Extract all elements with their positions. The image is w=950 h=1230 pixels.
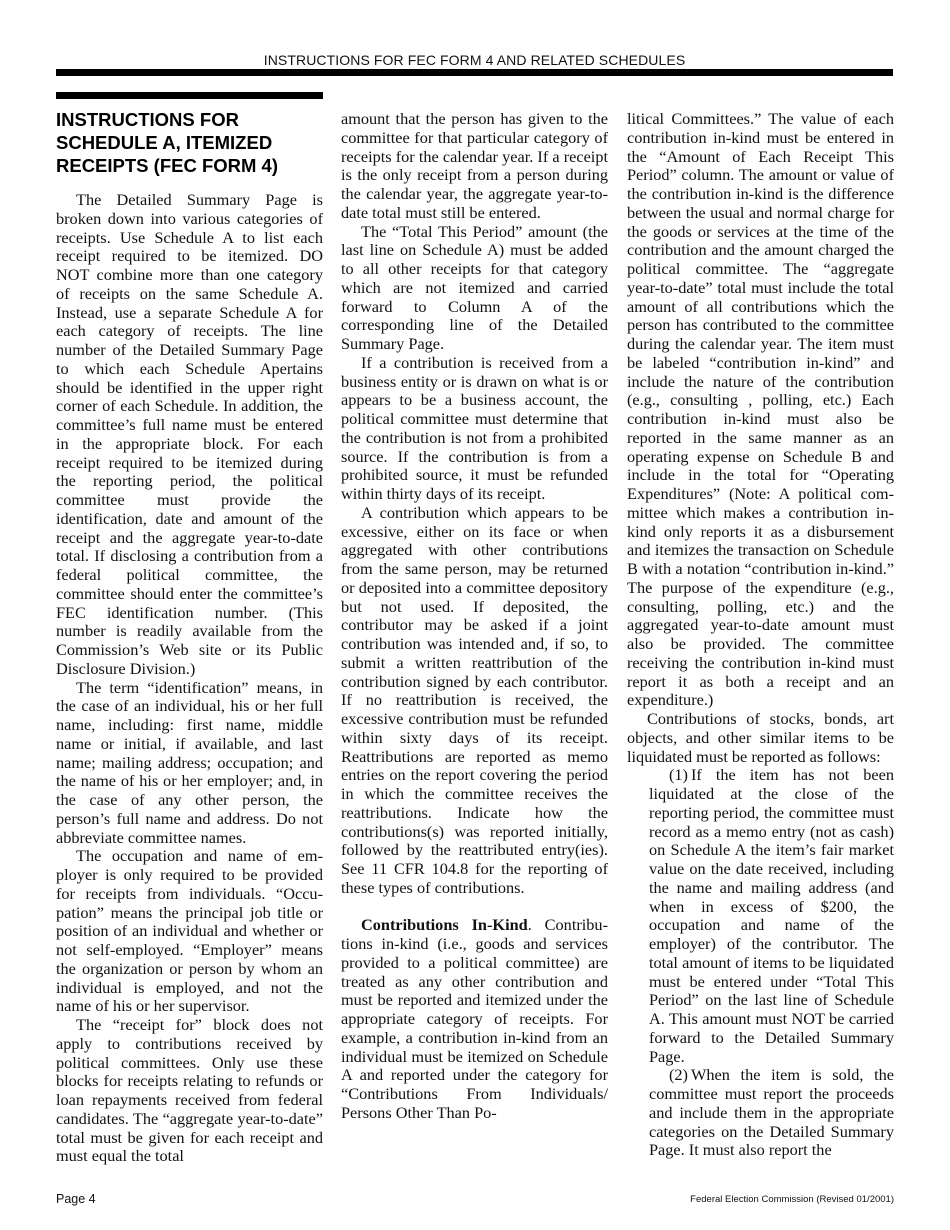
list-number: (2) xyxy=(669,1066,691,1085)
revision-note: Federal Election Commission (Revised 01/… xyxy=(690,1194,894,1205)
section-rule xyxy=(56,92,323,99)
paragraph: amount that the person has given to the … xyxy=(341,110,608,223)
paragraph: The “Total This Period” amount (the last… xyxy=(341,223,608,354)
paragraph: Contributions of stocks, bonds, art obje… xyxy=(627,710,894,766)
list-item: (1)If the item has not been liquidated a… xyxy=(627,766,894,1066)
paragraph: The “receipt for” block does not apply t… xyxy=(56,1016,323,1166)
column-3: litical Committees.” The value of each c… xyxy=(627,110,894,1160)
in-kind-text: . Contribu­tions in-kind (i.e., goods an… xyxy=(341,915,608,1122)
page-number: Page 4 xyxy=(56,1192,96,1206)
header-rule xyxy=(56,69,893,76)
paragraph: litical Committees.” The value of each c… xyxy=(627,110,894,710)
paragraph-in-kind: Contributions In-Kind. Contribu­tions in… xyxy=(341,916,608,1122)
section-title: INSTRUCTIONS FOR SCHEDULE A, ITEMIZED RE… xyxy=(56,108,323,177)
paragraph: The occupation and name of em­ployer is … xyxy=(56,847,323,1016)
spacer xyxy=(341,898,608,917)
list-text: If the item has not been liquidated at t… xyxy=(649,765,894,1065)
paragraph: A contribution which appears to be exces… xyxy=(341,504,608,898)
list-item: (2)When the item is sold, the commit­tee… xyxy=(627,1066,894,1160)
column-2: amount that the person has given to the … xyxy=(341,110,608,1123)
paragraph: The term “identification” means, in the … xyxy=(56,679,323,848)
list-number: (1) xyxy=(669,766,691,785)
subheading-in-kind: Contributions In-Kind xyxy=(361,915,528,934)
paragraph: If a contribution is received from a bus… xyxy=(341,354,608,504)
column-1: INSTRUCTIONS FOR SCHEDULE A, ITEMIZED RE… xyxy=(56,108,323,1166)
running-head: INSTRUCTIONS FOR FEC FORM 4 AND RELATED … xyxy=(56,52,893,68)
paragraph: The Detailed Summary Page is broken down… xyxy=(56,191,323,679)
